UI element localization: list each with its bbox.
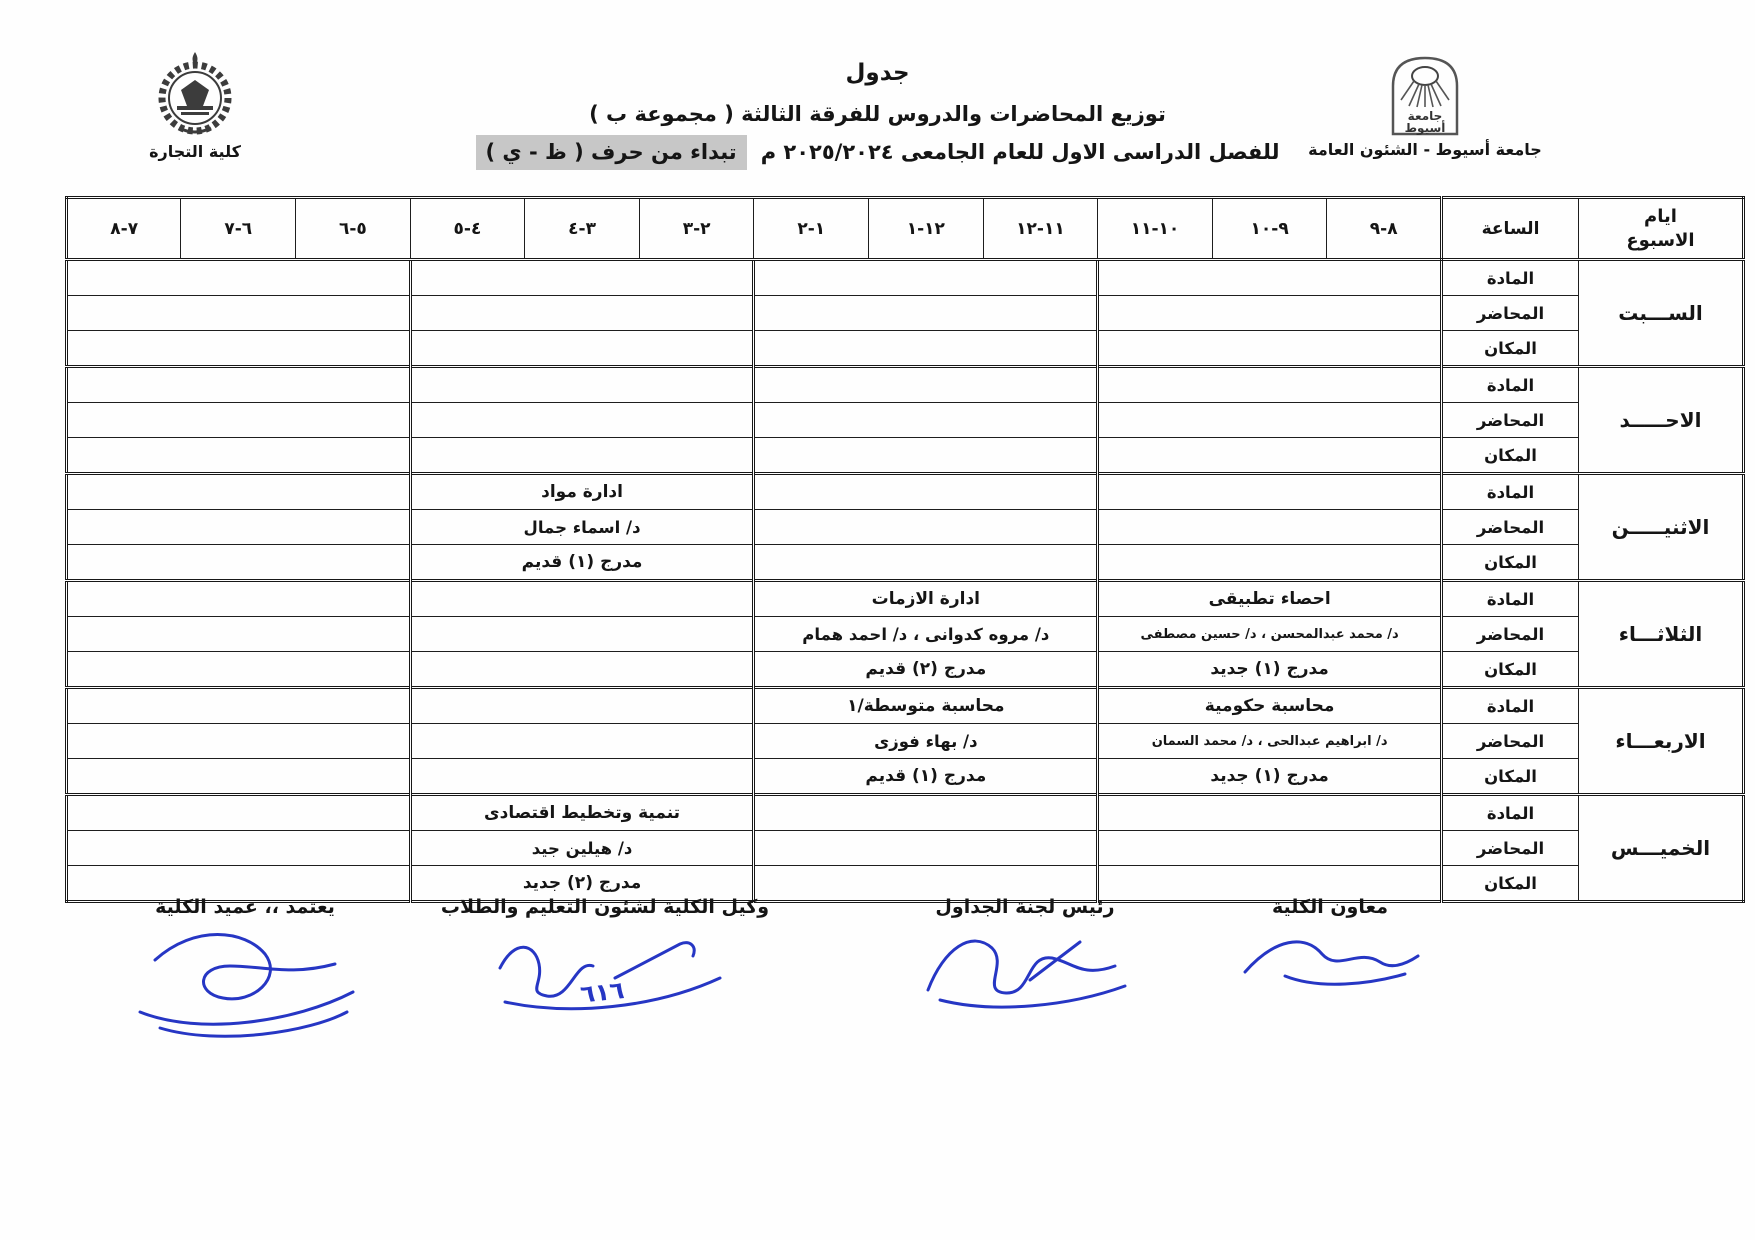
- lecturer-cell: [1098, 510, 1442, 545]
- table-header-row: ايام الاسبوع الساعة ٨-٩٩-١٠١٠-١١١١-١٢١٢-…: [66, 198, 1743, 260]
- subject-cell: [754, 367, 1098, 403]
- table-row: الاحـــــدالمادة: [66, 367, 1743, 403]
- hour-cell: ٢-٣: [639, 198, 754, 260]
- lecturer-cell: [410, 617, 754, 652]
- lecturer-cell: [66, 617, 410, 652]
- subject-cell: محاسبة حكومية: [1098, 688, 1442, 724]
- place-cell: [410, 759, 754, 795]
- subject-cell: [1098, 367, 1442, 403]
- days-of-week-header: ايام الاسبوع: [1579, 198, 1744, 260]
- subject-cell: [410, 688, 754, 724]
- signature-scribble: [1230, 920, 1430, 1000]
- faculty-name: كلية التجارة: [100, 142, 290, 161]
- subject-cell: [66, 795, 410, 831]
- row-label: المحاضر: [1442, 403, 1579, 438]
- place-cell: [66, 652, 410, 688]
- table-row: المكان: [66, 438, 1743, 474]
- subject-cell: [1098, 795, 1442, 831]
- schedule-table-wrapper: ايام الاسبوع الساعة ٨-٩٩-١٠١٠-١١١١-١٢١٢-…: [67, 196, 1745, 903]
- lecturer-cell: [754, 510, 1098, 545]
- lecturer-cell: [1098, 403, 1442, 438]
- subject-cell: [66, 474, 410, 510]
- hour-cell: ٧-٨: [66, 198, 181, 260]
- table-row: المكان: [66, 331, 1743, 367]
- row-label: المكان: [1442, 652, 1579, 688]
- signature-scribble: [125, 920, 365, 1040]
- row-label: المادة: [1442, 260, 1579, 296]
- place-cell: [1098, 438, 1442, 474]
- place-cell: [754, 331, 1098, 367]
- place-cell: [754, 545, 1098, 581]
- signature-scribble: [910, 920, 1140, 1015]
- table-row: المحاضرد/ اسماء جمال: [66, 510, 1743, 545]
- subject-cell: [1098, 260, 1442, 296]
- subject-cell: [66, 688, 410, 724]
- place-cell: [66, 545, 410, 581]
- lecturer-cell: د/ ابراهيم عبدالحى ، د/ محمد السمان: [1098, 724, 1442, 759]
- lecturer-cell: [410, 724, 754, 759]
- hour-cell: ١١-١٢: [983, 198, 1098, 260]
- table-row: المحاضرد/ محمد عبدالمحسن ، د/ حسين مصطفى…: [66, 617, 1743, 652]
- lecturer-cell: [66, 831, 410, 866]
- faculty-header: كلية التجارة: [100, 48, 290, 161]
- lecturer-cell: [1098, 296, 1442, 331]
- lecturer-cell: د/ اسماء جمال: [410, 510, 754, 545]
- lecturer-cell: [66, 724, 410, 759]
- row-label: المادة: [1442, 474, 1579, 510]
- hour-cell: ٤-٥: [410, 198, 525, 260]
- row-label: المحاضر: [1442, 296, 1579, 331]
- subject-cell: محاسبة متوسطة/١: [754, 688, 1098, 724]
- table-row: الخميـــسالمادةتنمية وتخطيط اقتصادى: [66, 795, 1743, 831]
- lecturer-cell: د/ بهاء فوزى: [754, 724, 1098, 759]
- row-label: المادة: [1442, 367, 1579, 403]
- row-label: المحاضر: [1442, 831, 1579, 866]
- hour-cell: ١-٢: [754, 198, 869, 260]
- row-label: المكان: [1442, 438, 1579, 474]
- day-cell: الاحـــــد: [1579, 367, 1744, 474]
- place-cell: مدرج (١) جديد: [1098, 652, 1442, 688]
- hour-cell: ٦-٧: [181, 198, 296, 260]
- row-label: المكان: [1442, 759, 1579, 795]
- scanned-schedule-page: جامعة أسيوط جامعة أسيوط - الشئون العامة …: [0, 0, 1755, 1240]
- row-label: المكان: [1442, 331, 1579, 367]
- signatory-title: معاون الكلية: [1205, 896, 1455, 918]
- subject-cell: [410, 260, 754, 296]
- lecturer-cell: [754, 296, 1098, 331]
- place-cell: مدرج (١) جديد: [1098, 759, 1442, 795]
- subject-cell: [66, 260, 410, 296]
- group-title: توزيع المحاضرات والدروس للفرقة الثالثة (…: [300, 98, 1455, 131]
- day-cell: الخميـــس: [1579, 795, 1744, 902]
- subject-cell: احصاء تطبيقى: [1098, 581, 1442, 617]
- row-label: المحاضر: [1442, 510, 1579, 545]
- signatory-title: يعتمد ،، عميد الكلية: [105, 896, 385, 918]
- row-label: المادة: [1442, 581, 1579, 617]
- day-cell: الاثنيـــــن: [1579, 474, 1744, 581]
- subject-cell: [410, 581, 754, 617]
- days-header-line2: الاسبوع: [1579, 229, 1742, 252]
- lecturer-cell: [410, 403, 754, 438]
- place-cell: مدرج (١) قديم: [754, 759, 1098, 795]
- table-row: المحاضرد/ هيلين جيد: [66, 831, 1743, 866]
- table-row: المكانمدرج (١) قديم: [66, 545, 1743, 581]
- subject-cell: [410, 367, 754, 403]
- schedule-table: ايام الاسبوع الساعة ٨-٩٩-١٠١٠-١١١١-١٢١٢-…: [65, 196, 1745, 903]
- table-row: المحاضر: [66, 296, 1743, 331]
- lecturer-cell: [66, 510, 410, 545]
- lecturer-cell: د/ محمد عبدالمحسن ، د/ حسين مصطفى: [1098, 617, 1442, 652]
- days-header-line1: ايام: [1579, 205, 1742, 228]
- document-title: جدول توزيع المحاضرات والدروس للفرقة الثا…: [300, 56, 1455, 170]
- letter-range-highlight: تبداء من حرف ( ظ - ي ): [476, 135, 747, 170]
- hour-header: الساعة: [1442, 198, 1579, 260]
- subject-cell: [754, 474, 1098, 510]
- place-cell: [1098, 331, 1442, 367]
- signature-note: ٦١٦: [579, 976, 626, 1008]
- place-cell: [754, 438, 1098, 474]
- semester-title: للفصل الدراسى الاول للعام الجامعى ٢٠٢٥/٢…: [300, 135, 1455, 170]
- place-cell: [410, 438, 754, 474]
- table-row: الاثنيـــــنالمادةادارة مواد: [66, 474, 1743, 510]
- signatory-wakeel: وكيل الكلية لشئون التعليم والطلاب ٦١٦: [415, 896, 795, 1015]
- signatory-title: رئيس لجنة الجداول: [880, 896, 1170, 918]
- place-cell: مدرج (١) قديم: [410, 545, 754, 581]
- table-row: الاربعـــاءالمادةمحاسبة حكوميةمحاسبة متو…: [66, 688, 1743, 724]
- signatory-ameed: يعتمد ،، عميد الكلية: [105, 896, 385, 1040]
- table-row: المحاضرد/ ابراهيم عبدالحى ، د/ محمد السم…: [66, 724, 1743, 759]
- lecturer-cell: [66, 403, 410, 438]
- row-label: المادة: [1442, 795, 1579, 831]
- row-label: المكان: [1442, 545, 1579, 581]
- semester-title-text: للفصل الدراسى الاول للعام الجامعى ٢٠٢٥/٢…: [761, 140, 1280, 164]
- place-cell: مدرج (٢) قديم: [754, 652, 1098, 688]
- hour-cell: ٨-٩: [1327, 198, 1442, 260]
- hour-cell: ٥-٦: [296, 198, 411, 260]
- day-cell: الســـبت: [1579, 260, 1744, 367]
- subject-cell: ادارة مواد: [410, 474, 754, 510]
- lecturer-cell: [1098, 831, 1442, 866]
- subject-cell: [754, 795, 1098, 831]
- lecturer-cell: [66, 296, 410, 331]
- lecturer-cell: د/ مروه كدوانى ، د/ احمد همام: [754, 617, 1098, 652]
- subject-cell: [754, 260, 1098, 296]
- place-cell: [66, 331, 410, 367]
- subject-cell: ادارة الازمات: [754, 581, 1098, 617]
- faculty-of-commerce-logo-icon: [149, 48, 241, 140]
- subject-cell: [1098, 474, 1442, 510]
- lecturer-cell: [754, 831, 1098, 866]
- place-cell: [66, 438, 410, 474]
- place-cell: [66, 759, 410, 795]
- place-cell: [1098, 545, 1442, 581]
- row-label: المحاضر: [1442, 617, 1579, 652]
- day-cell: الاربعـــاء: [1579, 688, 1744, 795]
- hour-cell: ٩-١٠: [1212, 198, 1327, 260]
- table-row: الثلاثـــاءالمادةاحصاء تطبيقىادارة الازم…: [66, 581, 1743, 617]
- row-label: المادة: [1442, 688, 1579, 724]
- row-label: المكان: [1442, 866, 1579, 902]
- signatory-title: وكيل الكلية لشئون التعليم والطلاب: [415, 896, 795, 918]
- table-row: المحاضر: [66, 403, 1743, 438]
- row-label: المحاضر: [1442, 724, 1579, 759]
- table-row: المكانمدرج (١) جديدمدرج (٢) قديم: [66, 652, 1743, 688]
- signature-scribble: ٦١٦: [475, 920, 735, 1015]
- signatory-raees: رئيس لجنة الجداول: [880, 896, 1170, 1015]
- table-row: الســـبتالمادة: [66, 260, 1743, 296]
- lecturer-cell: د/ هيلين جيد: [410, 831, 754, 866]
- hour-cell: ١٠-١١: [1098, 198, 1213, 260]
- table-row: المكانمدرج (١) جديدمدرج (١) قديم: [66, 759, 1743, 795]
- lecturer-cell: [410, 296, 754, 331]
- hour-cell: ٣-٤: [525, 198, 640, 260]
- place-cell: [410, 331, 754, 367]
- place-cell: [410, 652, 754, 688]
- subject-cell: تنمية وتخطيط اقتصادى: [410, 795, 754, 831]
- hour-cell: ١٢-١: [869, 198, 984, 260]
- lecturer-cell: [754, 403, 1098, 438]
- day-cell: الثلاثـــاء: [1579, 581, 1744, 688]
- schedule-word-title: جدول: [300, 56, 1455, 92]
- subject-cell: [66, 367, 410, 403]
- signatory-moawen: معاون الكلية: [1205, 896, 1455, 1000]
- subject-cell: [66, 581, 410, 617]
